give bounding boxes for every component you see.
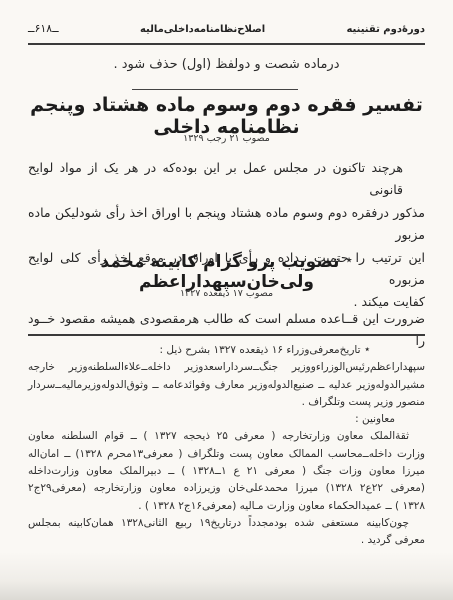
amendment-line: درماده شصت و دولفظ (اول) حذف شود . [28,57,425,72]
footnote-line: منصور وزير پست وتلگراف . [28,394,425,411]
footnote-divider [28,334,425,336]
footnote-line: سپهداراعظم‌رئيس‌الوزراءووزير جنگ‌ــ‌سردا… [28,359,425,376]
section2-approval: مصوب ۱۷ ذيقعده ۱۳۲۷ [28,288,425,299]
footnote-line: مشيرالدوله‌وزير عدليه ــ صنيع‌الدوله‌وزي… [28,377,425,394]
footnote-line: معرفی گرديد . [28,532,425,549]
section2-title: تصويب پرو گرام کابينه محمد ولی‌خان‌سپهدا… [100,252,339,292]
footnote-intro-line: ٭تاريخ‌معرفی‌وزراء ۱۶ ذيقعده ۱۳۲۷ بشرح ذ… [28,342,425,359]
footnote-line: ميرزا معاون وزات جنگ ( معرفی ۲۱ ع ۱ــ۱۳۲… [28,463,425,480]
document-page: دورۀدوم تقنينيه اصلاح‌نظامنامه‌داخلی‌مال… [0,0,453,600]
footnote: ٭تاريخ‌معرفی‌وزراء ۱۶ ذيقعده ۱۳۲۷ بشرح ذ… [28,342,425,550]
header-title: اصلاح‌نظامنامه‌داخلی‌ماليه [140,24,265,35]
header-page-number: ــ۶۱۸ــ [28,22,59,35]
section1-approval: مصوب ۲۱ رجب ۱۳۲۹ [28,133,425,144]
footnote-line: وزارت داخله‌ــ‌محاسب الممالک معاون پست و… [28,446,425,463]
footnote-intro-text: تاريخ‌معرفی‌وزراء ۱۶ ذيقعده ۱۳۲۷ بشرح ذي… [160,344,361,356]
header-rule [28,43,425,45]
section1-title: تفسير فقره دوم وسوم ماده هشتاد وپنجم نظا… [28,94,425,138]
footnote-line: (معرفی ۲۲ع۲ ۱۳۲۸) ميرزا محمدعلی‌خان وزير… [28,480,425,497]
page-bottom-shadow [0,552,453,600]
section2-heading: ٭تصويب پرو گرام کابينه محمد ولی‌خان‌سپهد… [28,252,425,292]
amendment-underline [132,89,298,90]
footnote-line: چون‌کابينه مستعفی شده بودمجدداً درتاريخ۱… [28,515,425,532]
paragraph-line: مذکور درفقره دوم وسوم ماده هشتاد وپنجم ب… [28,202,425,247]
footnote-line: معاونين : [28,411,425,428]
footnote-line: ثقةالملک معاون وزارتخارجه ( معرفی ۲۵ ذيح… [28,428,425,445]
footnote-line: ۱۳۲۸ ) ــ عميدالحکماء معاون وزارت مـاليه… [28,498,425,515]
page-header: دورۀدوم تقنينيه اصلاح‌نظامنامه‌داخلی‌مال… [28,22,425,35]
paragraph-line: هرچند تاکنون در مجلس عمل بر اين بوده‌که … [28,157,425,202]
header-period: دورۀدوم تقنينيه [346,24,425,35]
asterisk-icon: ٭ [365,344,370,355]
star-icon: ٭ [345,253,352,268]
